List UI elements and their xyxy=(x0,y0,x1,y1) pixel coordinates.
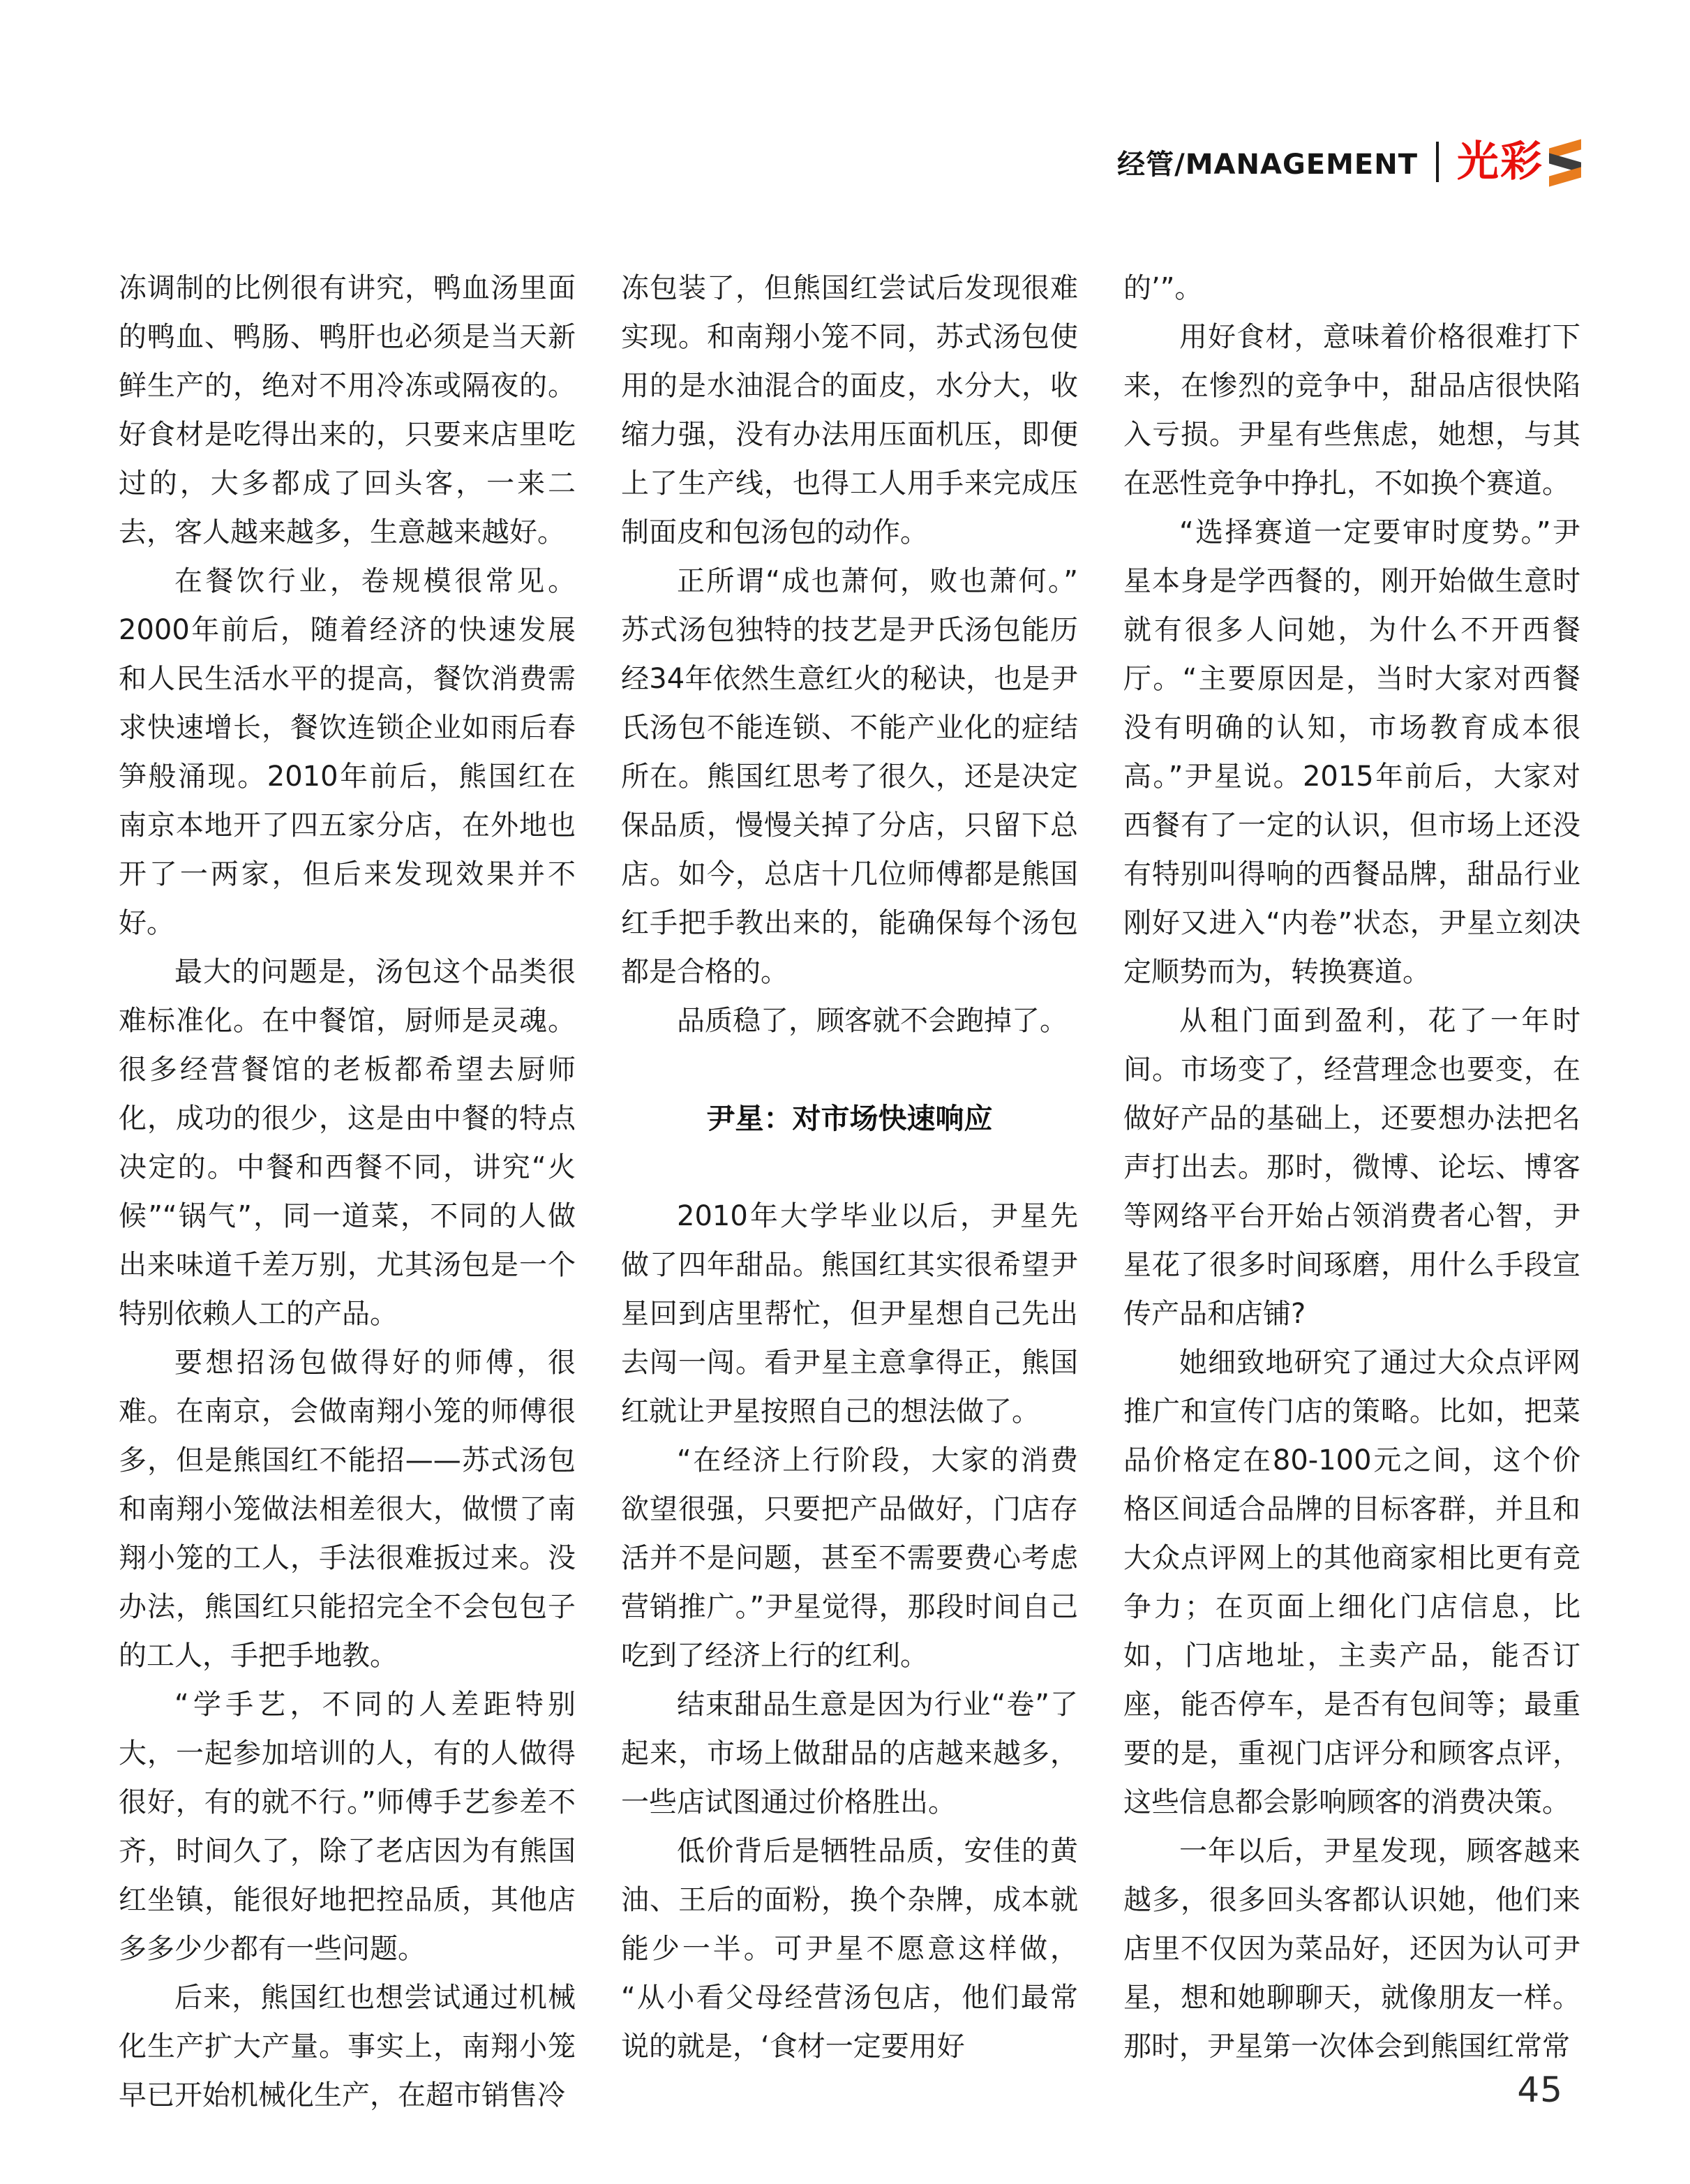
paragraph: “选择赛道一定要审时度势。”尹星本身是学西餐的，刚开始做生意时就有很多人问她，为… xyxy=(1123,508,1580,996)
paragraph: 结束甜品生意是因为行业“卷”了起来，市场上做甜品的店越来越多，一些店试图通过价格… xyxy=(621,1680,1078,1827)
paragraph: 从租门面到盈利，花了一年时间。市场变了，经营理念也要变，在做好产品的基础上，还要… xyxy=(1123,996,1580,1338)
magazine-logo-text: 光彩 xyxy=(1457,141,1543,183)
paragraph: 冻包装了，但熊国红尝试后发现很难实现。和南翔小笼不同，苏式汤包使用的是水油混合的… xyxy=(621,264,1078,557)
logo-chevron-icon xyxy=(1549,144,1581,182)
header-divider xyxy=(1436,142,1439,182)
paragraph: 品质稳了，顾客就不会跑掉了。 xyxy=(621,996,1078,1045)
article-column-1: 冻调制的比例很有讲究，鸭血汤里面的鸭血、鸭肠、鸭肝也必须是当天新鲜生产的，绝对不… xyxy=(119,264,576,2120)
page-number: 45 xyxy=(1517,2070,1563,2110)
paragraph: 一年以后，尹星发现，顾客越来越多，很多回头客都认识她，他们来店里不仅因为菜品好，… xyxy=(1123,1827,1580,2071)
paragraph: 最大的问题是，汤包这个品类很难标准化。在中餐馆，厨师是灵魂。很多经营餐馆的老板都… xyxy=(119,948,576,1338)
page-header: 经管/MANAGEMENT 光彩 xyxy=(1117,141,1581,183)
paragraph: 的’”。 xyxy=(1123,264,1580,313)
section-label: 经管/MANAGEMENT xyxy=(1117,142,1418,182)
paragraph: 低价背后是牺牲品质，安佳的黄油、王后的面粉，换个杂牌，成本就能少一半。可尹星不愿… xyxy=(621,1827,1078,2071)
paragraph: 后来，熊国红也想尝试通过机械化生产扩大产量。事实上，南翔小笼早已开始机械化生产，… xyxy=(119,1973,576,2120)
article-column-3: 的’”。 用好食材，意味着价格很难打下来，在惨烈的竞争中，甜品店很快陷入亏损。尹… xyxy=(1123,264,1580,2120)
article-column-2: 冻包装了，但熊国红尝试后发现很难实现。和南翔小笼不同，苏式汤包使用的是水油混合的… xyxy=(621,264,1078,2120)
paragraph: 2010年大学毕业以后，尹星先做了四年甜品。熊国红其实很希望尹星回到店里帮忙，但… xyxy=(621,1192,1078,1436)
paragraph: “学手艺，不同的人差距特别大，一起参加培训的人，有的人做得很好，有的就不行。”师… xyxy=(119,1680,576,1973)
paragraph: 正所谓“成也萧何，败也萧何。”苏式汤包独特的技艺是尹氏汤包能历经34年依然生意红… xyxy=(621,557,1078,996)
paragraph: “在经济上行阶段，大家的消费欲望很强，只要把产品做好，门店存活并不是问题，甚至不… xyxy=(621,1436,1078,1680)
paragraph: 她细致地研究了通过大众点评网推广和宣传门店的策略。比如，把菜品价格定在80-10… xyxy=(1123,1338,1580,1827)
paragraph: 用好食材，意味着价格很难打下来，在惨烈的竞争中，甜品店很快陷入亏损。尹星有些焦虑… xyxy=(1123,313,1580,508)
paragraph: 要想招汤包做得好的师傅，很难。在南京，会做南翔小笼的师傅很多，但是熊国红不能招—… xyxy=(119,1338,576,1680)
section-heading: 尹星：对市场快速响应 xyxy=(621,1094,1078,1143)
paragraph: 在餐饮行业，卷规模很常见。2000年前后，随着经济的快速发展和人民生活水平的提高… xyxy=(119,557,576,948)
article-body: 冻调制的比例很有讲究，鸭血汤里面的鸭血、鸭肠、鸭肝也必须是当天新鲜生产的，绝对不… xyxy=(119,264,1580,2120)
magazine-logo: 光彩 xyxy=(1457,141,1581,183)
paragraph: 冻调制的比例很有讲究，鸭血汤里面的鸭血、鸭肠、鸭肝也必须是当天新鲜生产的，绝对不… xyxy=(119,264,576,557)
